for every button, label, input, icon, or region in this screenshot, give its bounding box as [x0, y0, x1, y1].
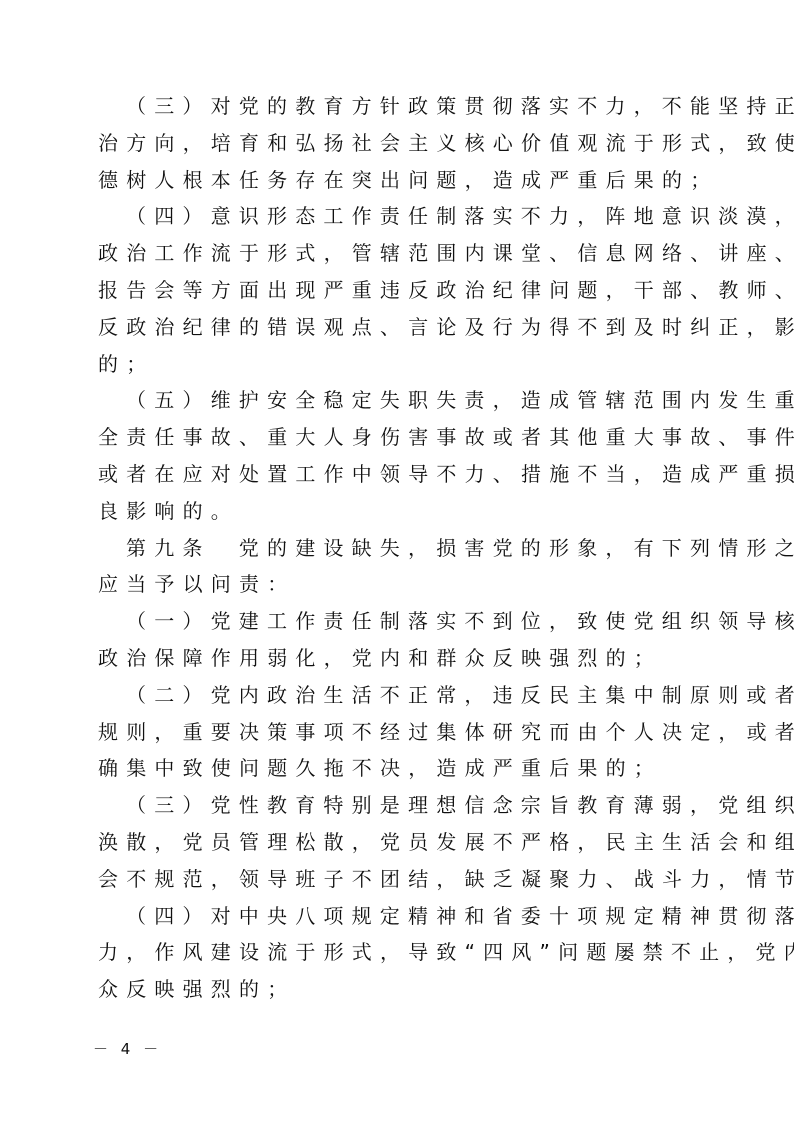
paragraph-line: 或者在应对处置工作中领导不力、措施不当，造成严重损失或不: [98, 456, 696, 493]
paragraph-line: 会不规范，领导班子不团结，缺乏凝聚力、战斗力，情节严重的；: [98, 861, 696, 898]
paragraph-line: 全责任事故、重大人身伤害事故或者其他重大事故、事件、案件，: [98, 419, 696, 456]
paragraph-line: （一）党建工作责任制落实不到位，致使党组织领导核心和: [98, 603, 696, 640]
article-heading-line: 第九条 党的建设缺失，损害党的形象，有下列情形之一的，: [98, 530, 696, 567]
paragraph-line: 治方向，培育和弘扬社会主义核心价值观流于形式，致使落实立: [98, 125, 696, 162]
paragraph-line: 政治保障作用弱化，党内和群众反映强烈的；: [98, 640, 696, 677]
paragraph-line: 确集中致使问题久拖不决，造成严重后果的；: [98, 750, 696, 787]
paragraph-line: 应当予以问责：: [98, 566, 696, 603]
paragraph-line: （五）维护安全稳定失职失责，造成管辖范围内发生重大安: [98, 382, 696, 419]
paragraph-line: 力，作风建设流于形式，导致“四风”问题屡禁不止，党内和群: [98, 934, 696, 971]
paragraph-line: （四）意识形态工作责任制落实不力，阵地意识淡漠，思想: [98, 198, 696, 235]
paragraph-line: 涣散，党员管理松散，党员发展不严格，民主生活会和组织生活: [98, 824, 696, 861]
page-number: － 4 －: [93, 1038, 162, 1059]
paragraph-line: （三）对党的教育方针政策贯彻落实不力，不能坚持正确政: [98, 88, 696, 125]
document-body: （三）对党的教育方针政策贯彻落实不力，不能坚持正确政 治方向，培育和弘扬社会主义…: [98, 88, 696, 1008]
paragraph-line: 政治工作流于形式，管辖范围内课堂、信息网络、讲座、论坛、: [98, 235, 696, 272]
paragraph-line: 报告会等方面出现严重违反政治纪律问题，干部、教师、员工违: [98, 272, 696, 309]
paragraph-line: 反政治纪律的错误观点、言论及行为得不到及时纠正，影响恶劣: [98, 309, 696, 346]
paragraph-line: 良影响的。: [98, 493, 696, 530]
paragraph-line: 众反映强烈的；: [98, 971, 696, 1008]
paragraph-line: （二）党内政治生活不正常，违反民主集中制原则或者议事: [98, 677, 696, 714]
paragraph-line: 规则，重要决策事项不经过集体研究而由个人决定，或者不能正: [98, 714, 696, 751]
paragraph-line: （三）党性教育特别是理想信念宗旨教育薄弱，党组织软弱: [98, 787, 696, 824]
paragraph-line: （四）对中央八项规定精神和省委十项规定精神贯彻落实不: [98, 898, 696, 935]
paragraph-line: 的；: [98, 346, 696, 383]
paragraph-line: 德树人根本任务存在突出问题，造成严重后果的；: [98, 162, 696, 199]
document-page: （三）对党的教育方针政策贯彻落实不力，不能坚持正确政 治方向，培育和弘扬社会主义…: [0, 0, 794, 1123]
